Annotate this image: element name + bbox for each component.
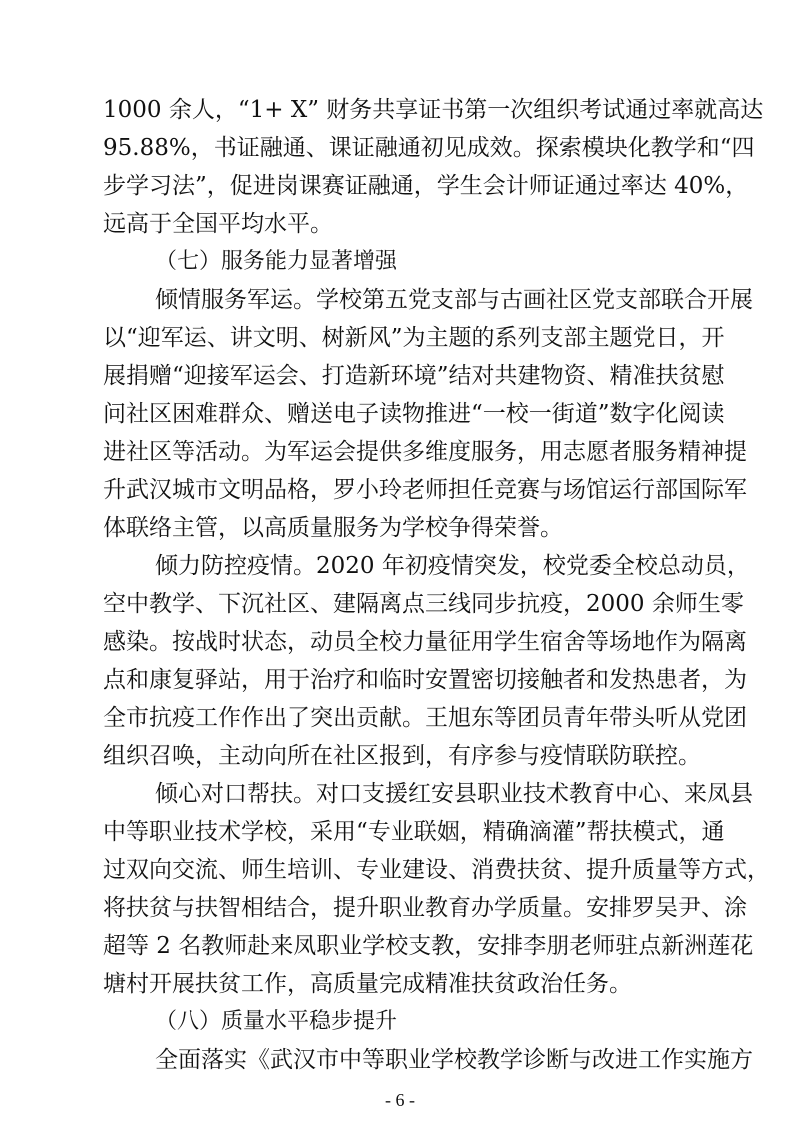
paragraph-start: 倾情服务军运。学校第五党支部与古画社区党支部联合开展 (155, 281, 699, 319)
paragraph-start: 倾心对口帮扶。对口支援红安县职业技术教育中心、来凤县 (155, 775, 699, 813)
body-line: 将扶贫与扶智相结合，提升职业教育办学质量。安排罗吴尹、涂 (103, 889, 699, 927)
body-line: 体联络主管，以高质量服务为学校争得荣誉。 (103, 509, 699, 547)
body-line: 进社区等活动。为军运会提供多维度服务，用志愿者服务精神提 (103, 433, 699, 471)
body-line: 步学习法”，促进岗课赛证融通，学生会计师证通过率达 40%， (103, 167, 699, 205)
body-line: 组织召唤，主动向所在社区报到，有序参与疫情联防联控。 (103, 737, 699, 775)
body-line: 塘村开展扶贫工作，高质量完成精准扶贫政治任务。 (103, 965, 699, 1003)
body-line: 点和康复驿站，用于治疗和临时安置密切接触者和发热患者，为 (103, 661, 699, 699)
section-heading-7: （七）服务能力显著增强 (155, 243, 699, 281)
body-line: 远高于全国平均水平。 (103, 205, 699, 243)
paragraph-start: 倾力防控疫情。2020 年初疫情突发，校党委全校总动员， (155, 547, 699, 585)
body-line: 过双向交流、师生培训、专业建设、消费扶贫、提升质量等方式， (103, 851, 699, 889)
section-heading-8: （八）质量水平稳步提升 (155, 1003, 699, 1041)
body-line: 问社区困难群众、赠送电子读物推进“一校一街道”数字化阅读 (103, 395, 699, 433)
paragraph-start: 全面落实《武汉市中等职业学校教学诊断与改进工作实施方 (155, 1041, 699, 1079)
page-number: - 6 - (0, 1090, 800, 1111)
body-line: 升武汉城市文明品格，罗小玲老师担任竞赛与场馆运行部国际军 (103, 471, 699, 509)
body-line: 中等职业技术学校，采用“专业联姻，精确滴灌”帮扶模式，通 (103, 813, 699, 851)
body-line: 感染。按战时状态，动员全校力量征用学生宿舍等场地作为隔离 (103, 623, 699, 661)
body-line: 以“迎军运、讲文明、树新风”为主题的系列支部主题党日，开 (103, 319, 699, 357)
body-line: 95.88%，书证融通、课证融通初见成效。探索模块化教学和“四 (103, 129, 699, 167)
body-line: 1000 余人，“1+ X” 财务共享证书第一次组织考试通过率就高达 (103, 91, 699, 129)
body-line: 全市抗疫工作作出了突出贡献。王旭东等团员青年带头听从党团 (103, 699, 699, 737)
body-line: 空中教学、下沉社区、建隔离点三线同步抗疫，2000 余师生零 (103, 585, 699, 623)
body-line: 展捐赠“迎接军运会、打造新环境”结对共建物资、精准扶贫慰 (103, 357, 699, 395)
document-page: 1000 余人，“1+ X” 财务共享证书第一次组织考试通过率就高达 95.88… (0, 0, 800, 1131)
body-line: 超等 2 名教师赴来凤职业学校支教，安排李朋老师驻点新洲莲花 (103, 927, 699, 965)
